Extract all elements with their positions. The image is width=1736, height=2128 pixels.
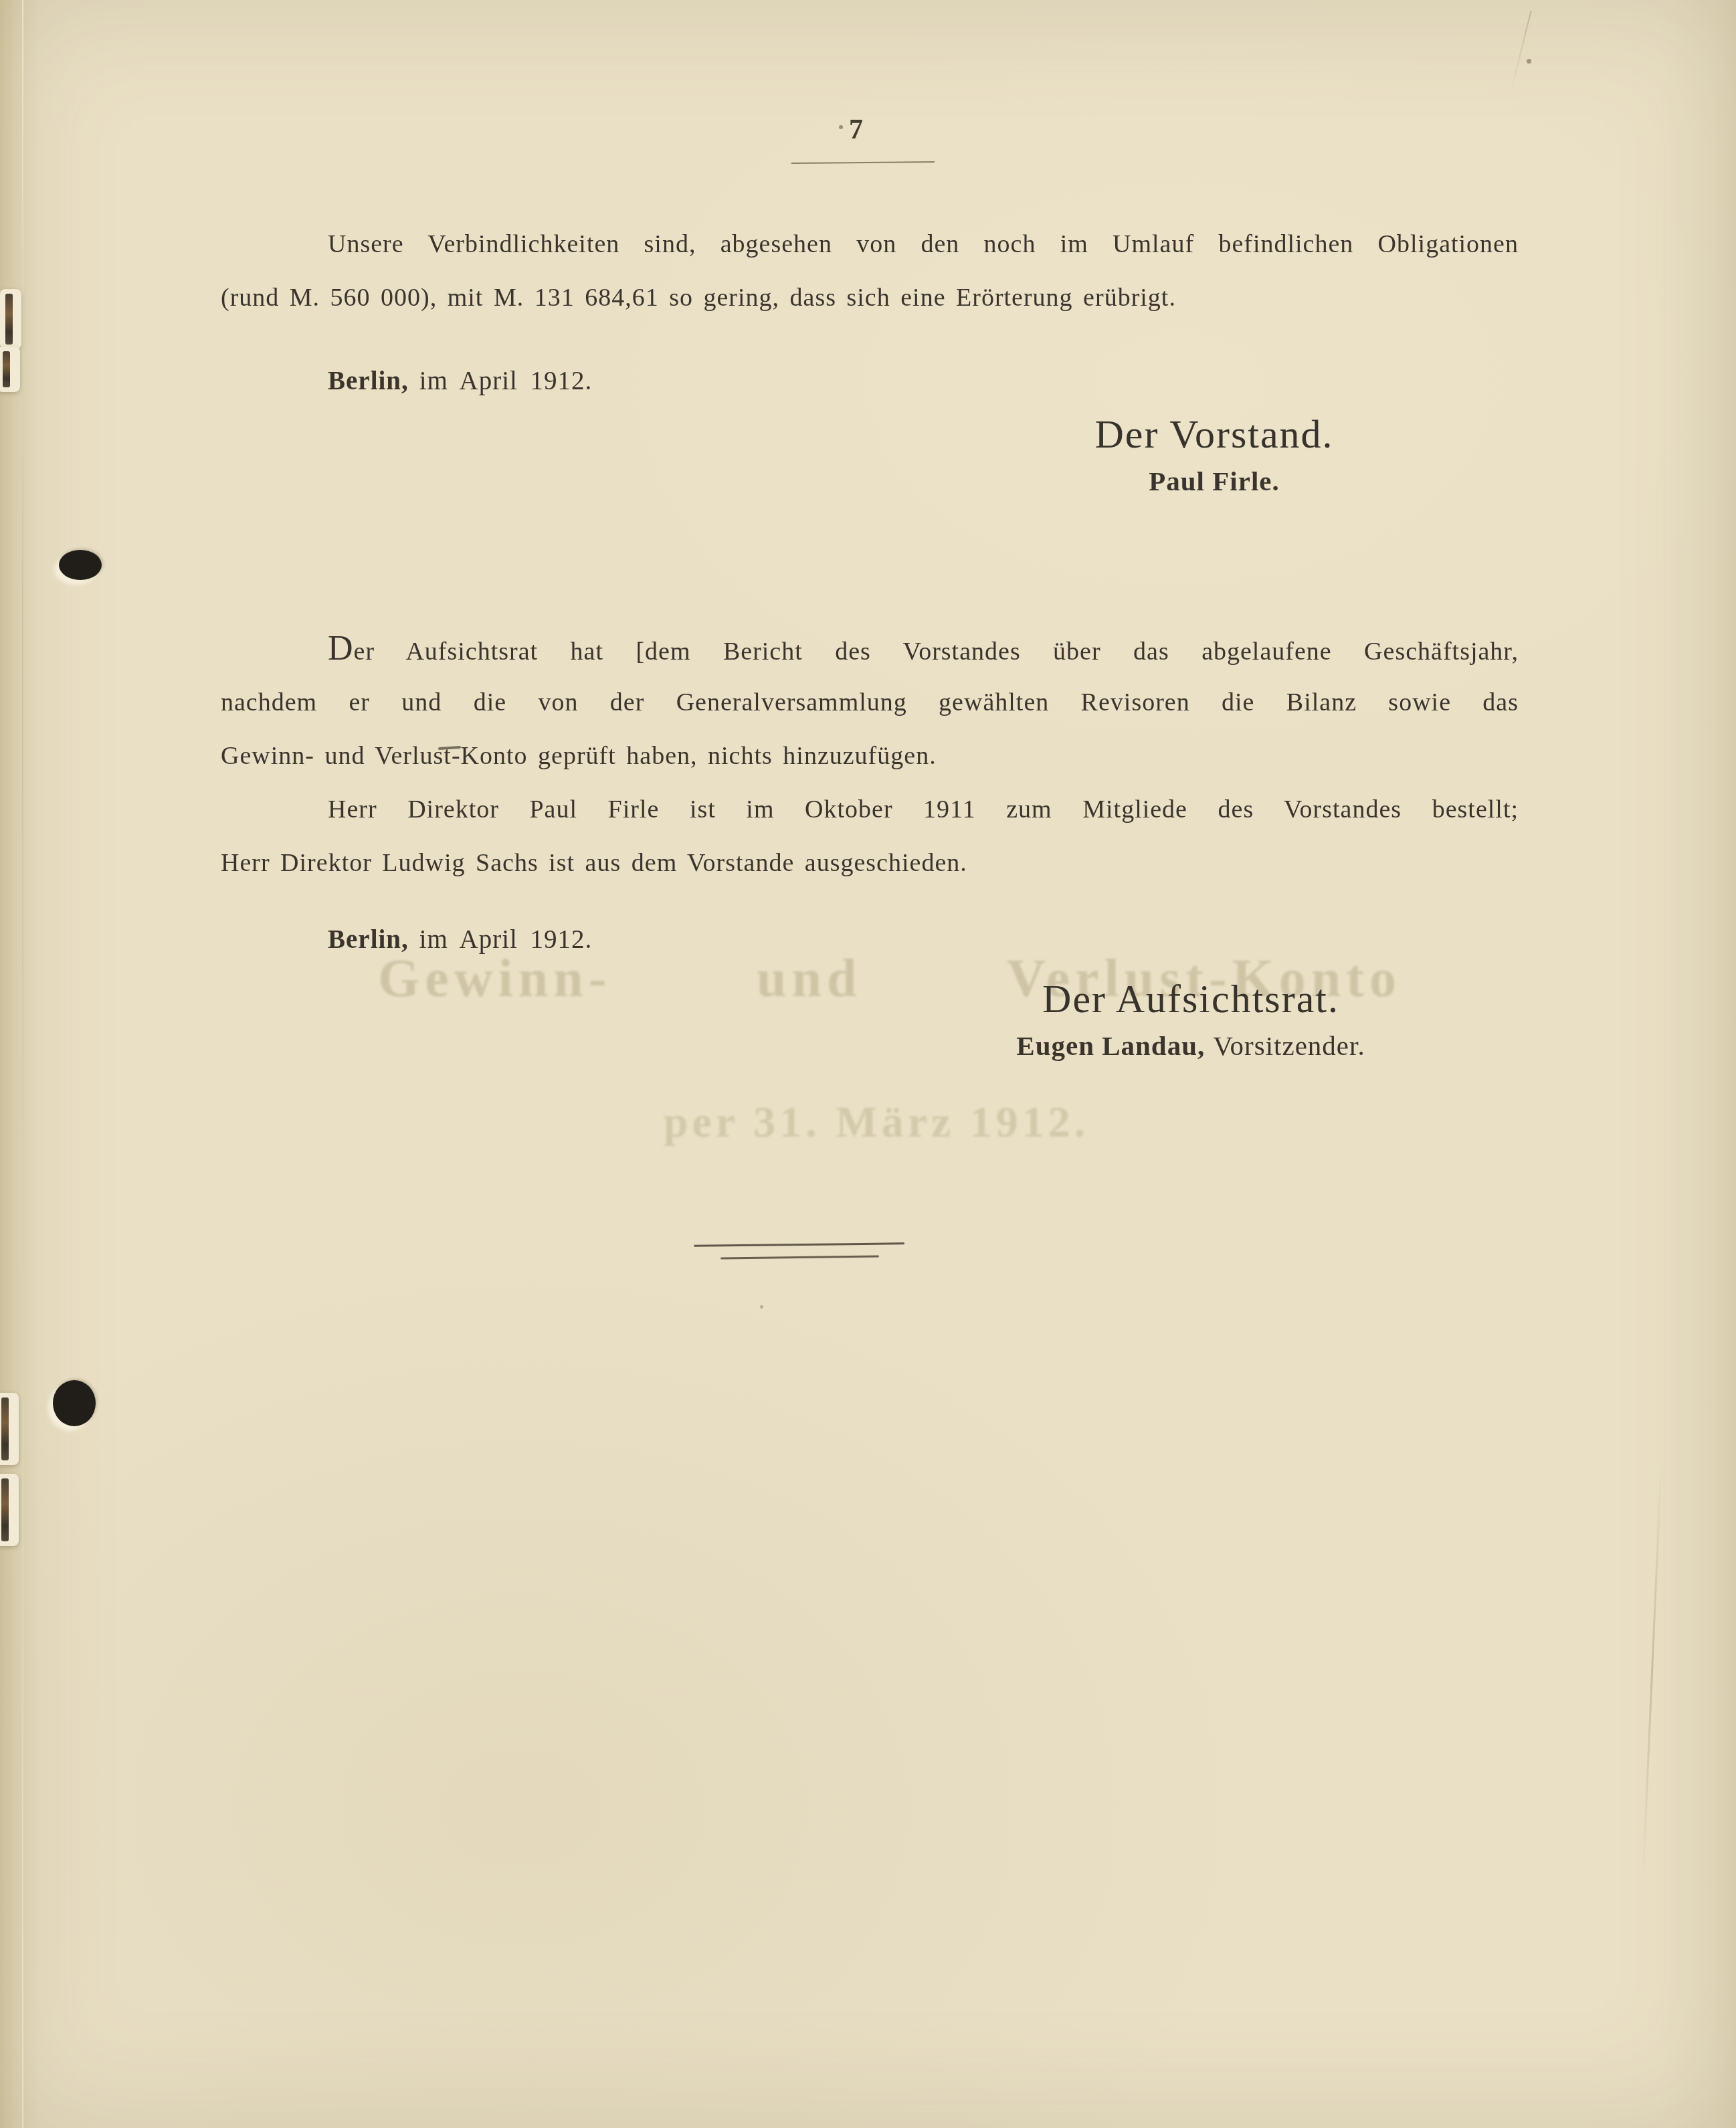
signature-name: Eugen Landau,Vorsitzender. xyxy=(957,1029,1425,1062)
staple-mark xyxy=(0,1474,19,1546)
page-number-rule xyxy=(791,161,935,164)
drop-initial: D xyxy=(328,630,354,668)
signature-title: Der Aufsichtsrat. xyxy=(957,974,1425,1024)
show-through-date: per 31. März 1912. xyxy=(615,1097,1137,1148)
date-label: im April 1912. xyxy=(419,367,593,395)
place-label: Berlin, xyxy=(328,925,409,954)
body-line: Herr Direktor Paul Firle ist im Oktober … xyxy=(221,783,1519,836)
staple-bar xyxy=(3,351,10,387)
paragraph-3: Herr Direktor Paul Firle ist im Oktober … xyxy=(221,783,1519,890)
ink-speck xyxy=(839,125,843,129)
staple-bar xyxy=(1,1478,9,1541)
signature-role: Vorsitzender. xyxy=(1213,1030,1365,1061)
body-line: nachdem er und die von der Generalversam… xyxy=(221,676,1519,729)
page-number: 7 xyxy=(769,114,943,146)
paragraph-1: Unsere Verbindlichkeiten sind, abgesehen… xyxy=(221,217,1519,324)
punch-hole-mark xyxy=(59,550,102,580)
closing-rule-bottom xyxy=(720,1256,879,1260)
document-page: Gewinn- und Verlust-Konto per 31. März 1… xyxy=(0,0,1736,2128)
body-line: Der Aufsichtsrat hat [dem Bericht des Vo… xyxy=(221,622,1519,676)
signature-name: Paul Firle. xyxy=(1014,464,1415,498)
ink-speck xyxy=(760,1305,763,1309)
staple-mark xyxy=(0,289,21,349)
staple-mark xyxy=(0,347,20,392)
page-left-edge-crease xyxy=(22,0,23,2128)
body-line: Gewinn- und Verlust-Konto geprüft haben,… xyxy=(221,729,1519,783)
body-line: Unsere Verbindlichkeiten sind, abgesehen… xyxy=(221,217,1519,271)
punch-hole-mark xyxy=(53,1380,96,1426)
place-label: Berlin, xyxy=(328,367,409,395)
body-line: Herr Direktor Ludwig Sachs ist aus dem V… xyxy=(221,836,1519,890)
signature-title: Der Vorstand. xyxy=(1014,409,1415,459)
body-line: (rund M. 560 000), mit M. 131 684,61 so … xyxy=(221,271,1519,324)
signature-aufsichtsrat: Der Aufsichtsrat. Eugen Landau,Vorsitzen… xyxy=(957,974,1425,1062)
dateline-2: Berlin,im April 1912. xyxy=(328,913,592,967)
paper-crease xyxy=(1642,1465,1662,1880)
signature-name-bold: Eugen Landau, xyxy=(1016,1030,1205,1061)
closing-rule-top xyxy=(694,1242,904,1246)
staple-mark xyxy=(0,1393,19,1465)
paper-crease xyxy=(1509,11,1531,96)
staple-bar xyxy=(1,1397,9,1460)
staple-bar xyxy=(5,294,13,345)
ink-speck xyxy=(1527,59,1531,64)
paragraph-2: Der Aufsichtsrat hat [dem Bericht des Vo… xyxy=(221,622,1519,783)
signature-vorstand: Der Vorstand. Paul Firle. xyxy=(1014,409,1415,498)
dateline-1: Berlin,im April 1912. xyxy=(328,355,592,408)
date-label: im April 1912. xyxy=(419,925,593,954)
body-line-text: er Aufsichtsrat hat [dem Bericht des Vor… xyxy=(354,638,1519,666)
show-through-word: und xyxy=(757,949,862,1009)
